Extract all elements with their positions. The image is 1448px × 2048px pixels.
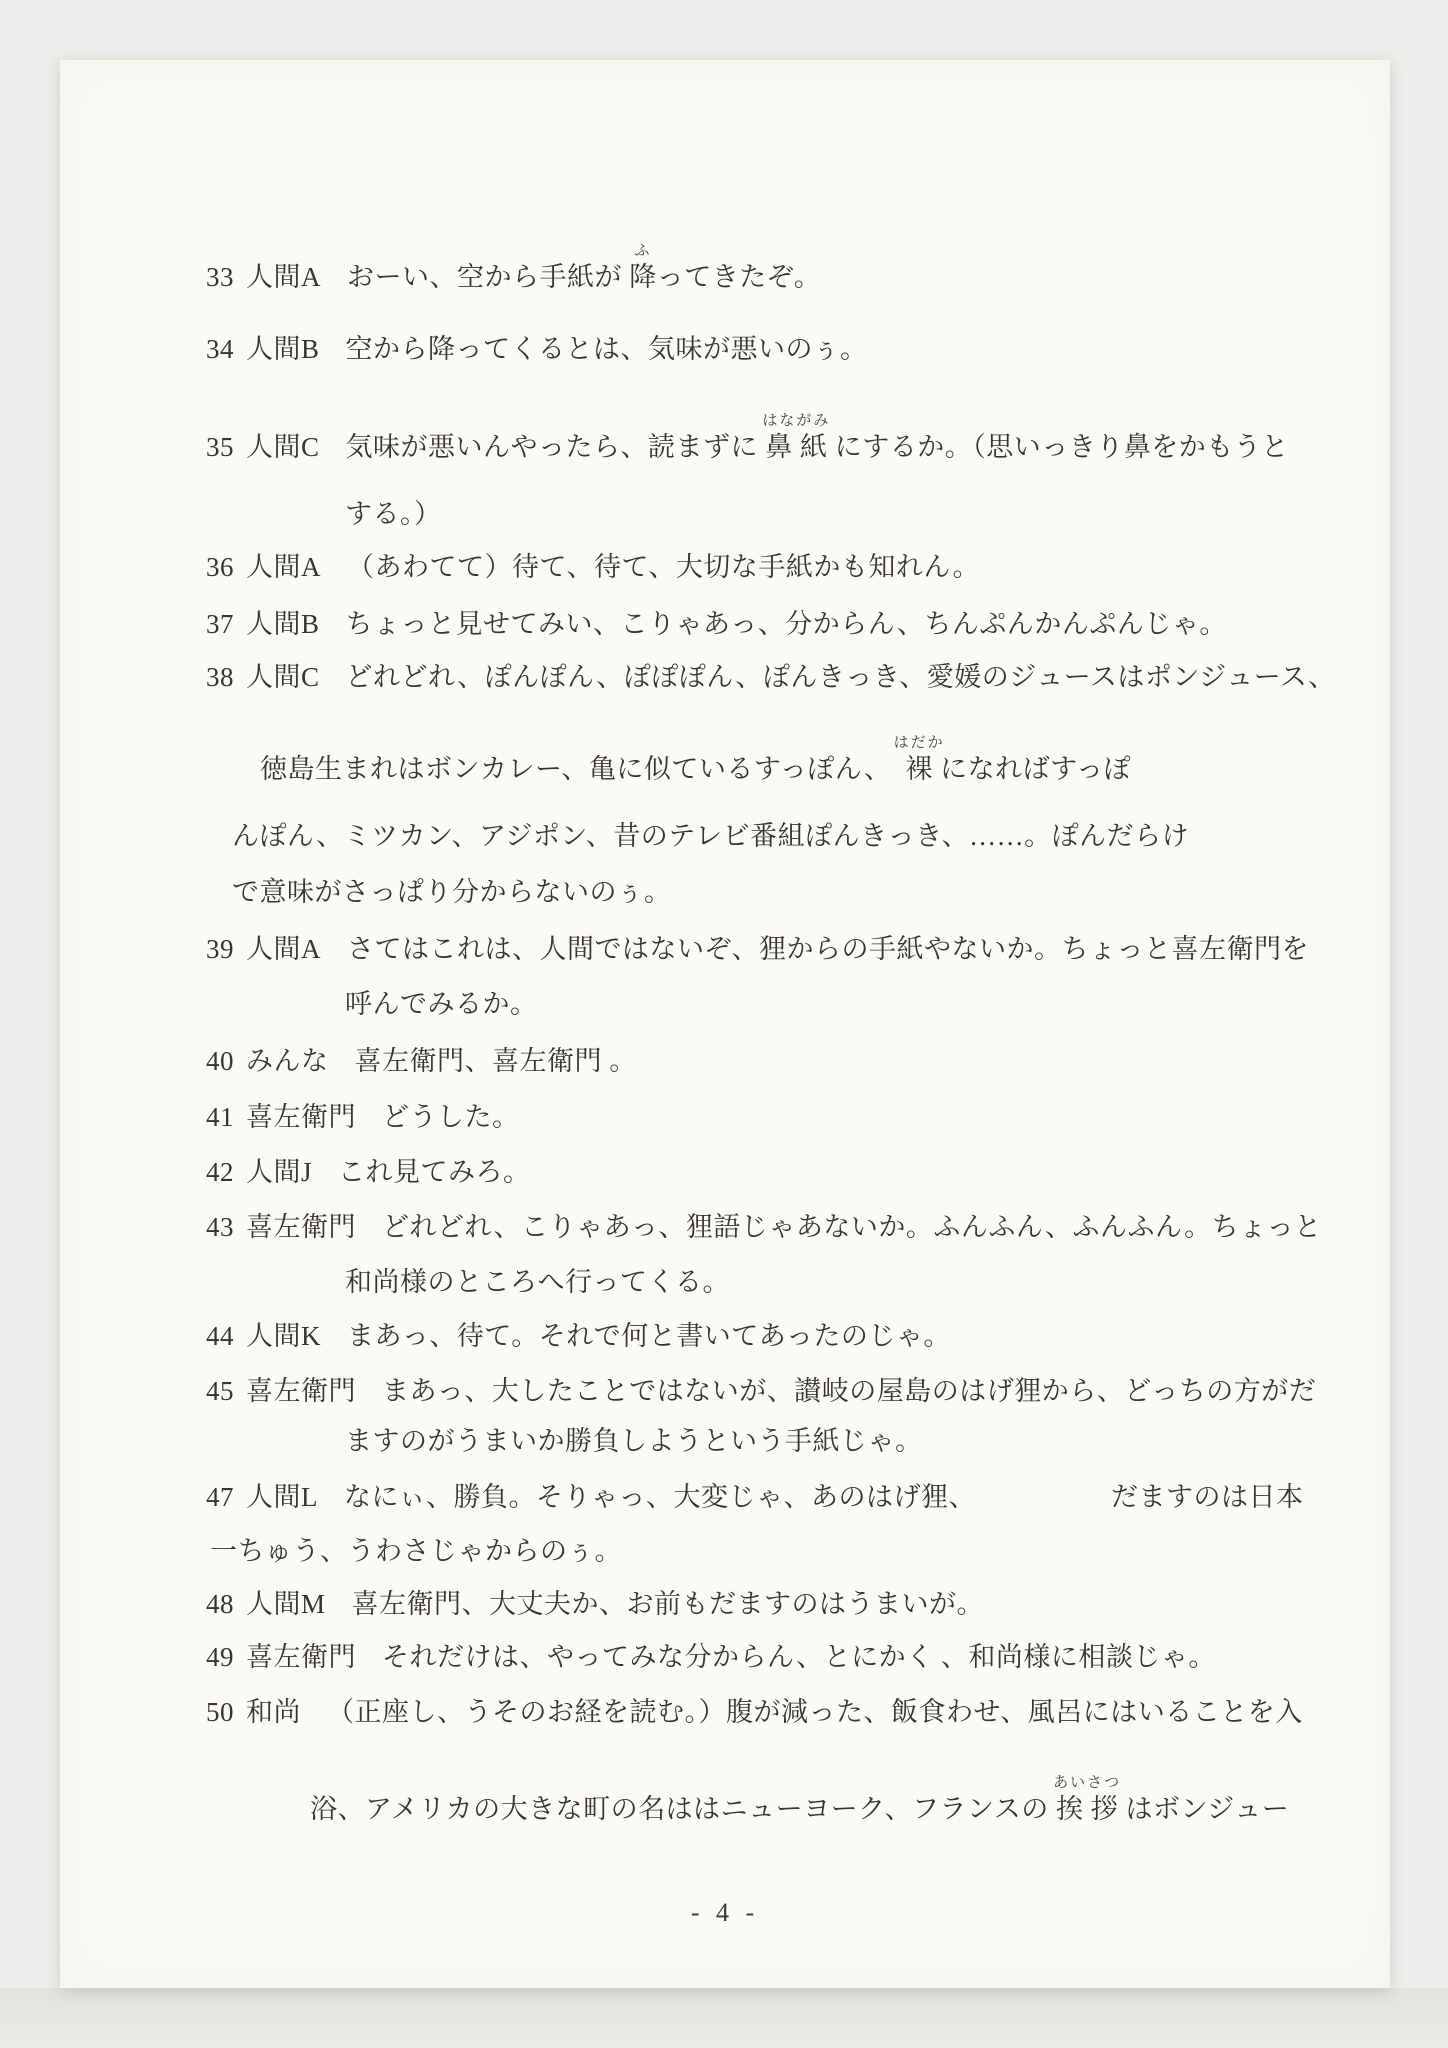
line-number: 37 (206, 610, 240, 638)
line-text: 和尚様のところへ行ってくる。 (345, 1267, 730, 1297)
text-segment: 降 (629, 262, 657, 292)
line-text: で意味がさっぱり分からないのぅ。 (232, 877, 671, 907)
script-line: 44人間Kまあっ、待て。それで何と書いてあったのじゃ。 (206, 1322, 1326, 1350)
script-line: 33人間Aおーい、空から手紙が ふ降ってきたぞ。 (206, 263, 1326, 291)
line-text: まあっ、待て。それで何と書いてあったのじゃ。 (347, 1321, 951, 1351)
text-segment: 和尚様のところへ行ってくる。 (345, 1267, 730, 1297)
script-line: 37人間Bちょっと見せてみい、こりゃあっ、分からん、ちんぷんかんぷんじゃ。 (206, 610, 1326, 638)
line-number: 47 (206, 1483, 240, 1511)
line-text: ちょっと見せてみい、こりゃあっ、分からん、ちんぷんかんぷんじゃ。 (346, 609, 1227, 639)
speaker-label: 人間C (246, 663, 320, 691)
text-segment: 空から降ってくるとは、気味が悪いのぅ。 (346, 334, 868, 364)
line-number: 48 (206, 1590, 240, 1618)
furigana-term: はだか裸 (905, 755, 933, 783)
furigana-term: あいさつ挨 拶 (1056, 1795, 1118, 1823)
text-segment: 気味が悪いんやったら、読まずに (346, 432, 766, 462)
script-line: 徳島生まれはボンカレー、亀に似ているすっぽん、 はだか裸 になればすっぽ (260, 755, 1326, 783)
speaker-label: 人間L (246, 1483, 318, 1511)
script-line: 呼んでみるか。 (345, 990, 1326, 1018)
line-text: 呼んでみるか。 (345, 989, 538, 1019)
text-segment: どれどれ、こりゃあっ、狸語じゃあないか。ふんふん、ふんふん。ちょっと (382, 1212, 1322, 1242)
line-text: 空から降ってくるとは、気味が悪いのぅ。 (346, 334, 868, 364)
text-segment: どうした。 (382, 1102, 520, 1132)
speaker-label: 人間C (246, 433, 320, 461)
text-segment: 徳島生まれはボンカレー、亀に似ているすっぽん、 (260, 754, 905, 784)
speaker-label: 人間A (246, 553, 321, 581)
speaker-label: みんな (246, 1047, 329, 1075)
text-segment: 一ちゅう、うわさじゃからのぅ。 (210, 1536, 622, 1566)
text-segment: 挨 拶 (1056, 1794, 1118, 1824)
script-line: 45喜左衛門まあっ、大したことではないが、讃岐の屋島のはげ狸から、どっちの方がだ (206, 1377, 1326, 1405)
text-segment: 裸 (905, 754, 933, 784)
line-text: 浴、アメリカの大きな町の名ははニューヨーク、フランスの あいさつ挨 拶 はボンジ… (310, 1794, 1289, 1824)
line-text: おーい、空から手紙が ふ降ってきたぞ。 (347, 262, 821, 292)
furigana-term: ふ降 (629, 263, 657, 291)
text-segment: だますのは日本 (1111, 1482, 1304, 1512)
text-segment: まあっ、大したことではないが、讃岐の屋島のはげ狸から、どっちの方がだ (382, 1376, 1316, 1406)
script-body: 33人間Aおーい、空から手紙が ふ降ってきたぞ。34人間B空から降ってくるとは、… (206, 263, 1326, 1823)
script-line: ますのがうまいか勝負しようという手紙じゃ。 (345, 1427, 1326, 1455)
line-text: どうした。 (382, 1102, 520, 1132)
script-line: 49喜左衛門それだけは、やってみな分からん、とにかく 、和尚様に相談じゃ。 (206, 1643, 1326, 1671)
script-line: 40みんな喜左衛門、喜左衛門 。 (206, 1047, 1326, 1075)
furigana-term: はながみ鼻 紙 (765, 433, 827, 461)
speaker-label: 和尚 (246, 1698, 301, 1726)
line-text: なにぃ、勝負。そりゃっ、大変じゃ、あのはげ狸、だますのは日本 (344, 1482, 1303, 1512)
scan-bottom-shadow (0, 1988, 1448, 2048)
script-line: 48人間M喜左衛門、大丈夫か、お前もだますのはうまいが。 (206, 1590, 1326, 1618)
line-text: これ見てみろ。 (338, 1157, 531, 1187)
script-line: 50和尚（正座し、うそのお経を読む。）腹が減った、飯食わせ、風呂にはいることを入 (206, 1698, 1326, 1726)
text-segment: んぽん、ミツカン、アジポン、昔のテレビ番組ぽんきっき、……。ぽんだらけ (232, 821, 1189, 851)
text-segment: ますのがうまいか勝負しようという手紙じゃ。 (345, 1426, 923, 1456)
line-text: さてはこれは、人間ではないぞ、狸からの手紙やないか。ちょっと喜左衛門を (347, 934, 1309, 964)
script-line: する。） (345, 500, 1326, 528)
line-number: 38 (206, 663, 240, 691)
scanned-page-background: 33人間Aおーい、空から手紙が ふ降ってきたぞ。34人間B空から降ってくるとは、… (0, 0, 1448, 2048)
text-segment: になればすっぽ (933, 754, 1131, 784)
speaker-label: 喜左衛門 (246, 1103, 356, 1131)
text-segment: （正座し、うそのお経を読む。）腹が減った、飯食わせ、風呂にはいることを入 (327, 1697, 1303, 1727)
line-text: 気味が悪いんやったら、読まずに はながみ鼻 紙 にするか。（思いっきり鼻をかもう… (346, 432, 1289, 462)
script-line: 36人間A（あわてて）待て、待て、大切な手紙かも知れん。 (206, 553, 1326, 581)
line-number: 34 (206, 335, 240, 363)
text-segment: 喜左衛門、喜左衛門 。 (355, 1046, 637, 1076)
line-number: 41 (206, 1103, 240, 1131)
line-number: 33 (206, 263, 240, 291)
speaker-label: 人間M (246, 1590, 326, 1618)
text-segment: する。） (345, 499, 442, 529)
line-number: 42 (206, 1158, 240, 1186)
text-segment: これ見てみろ。 (338, 1157, 531, 1187)
line-number: 39 (206, 935, 240, 963)
text-segment: まあっ、待て。それで何と書いてあったのじゃ。 (347, 1321, 951, 1351)
furigana-reading: ふ (634, 244, 651, 259)
line-text: 一ちゅう、うわさじゃからのぅ。 (210, 1536, 622, 1566)
line-number: 40 (206, 1047, 240, 1075)
line-text: 喜左衛門、大丈夫か、お前もだますのはうまいが。 (352, 1589, 985, 1619)
speaker-label: 人間B (246, 335, 320, 363)
line-text: どれどれ、ぽんぽん、ぽぽぽん、ぽんきっき、愛媛のジュースはポンジュース、 (346, 662, 1336, 692)
line-text: （正座し、うそのお経を読む。）腹が減った、飯食わせ、風呂にはいることを入 (327, 1697, 1303, 1727)
speaker-label: 喜左衛門 (246, 1643, 356, 1671)
script-line: 41喜左衛門どうした。 (206, 1103, 1326, 1131)
script-line: 38人間Cどれどれ、ぽんぽん、ぽぽぽん、ぽんきっき、愛媛のジュースはポンジュース… (206, 663, 1326, 691)
speaker-label: 人間A (246, 935, 321, 963)
line-text: それだけは、やってみな分からん、とにかく 、和尚様に相談じゃ。 (382, 1642, 1216, 1672)
script-line: 43喜左衛門どれどれ、こりゃあっ、狸語じゃあないか。ふんふん、ふんふん。ちょっと (206, 1213, 1326, 1241)
furigana-reading: はながみ (762, 414, 830, 429)
script-line: 浴、アメリカの大きな町の名ははニューヨーク、フランスの あいさつ挨 拶 はボンジ… (310, 1795, 1326, 1823)
line-number: 50 (206, 1698, 240, 1726)
text-segment: おーい、空から手紙が (347, 262, 629, 292)
text-segment: にするか。（思いっきり鼻をかもうと (828, 432, 1289, 462)
furigana-reading: あいさつ (1053, 1776, 1121, 1791)
text-segment: で意味がさっぱり分からないのぅ。 (232, 877, 671, 907)
text-segment: 呼んでみるか。 (345, 989, 538, 1019)
text-segment: ちょっと見せてみい、こりゃあっ、分からん、ちんぷんかんぷんじゃ。 (346, 609, 1227, 639)
line-number: 45 (206, 1377, 240, 1405)
furigana-reading: はだか (894, 736, 945, 751)
line-text: ますのがうまいか勝負しようという手紙じゃ。 (345, 1426, 923, 1456)
text-segment: どれどれ、ぽんぽん、ぽぽぽん、ぽんきっき、愛媛のジュースはポンジュース、 (346, 662, 1336, 692)
speaker-label: 人間K (246, 1322, 321, 1350)
line-text: んぽん、ミツカン、アジポン、昔のテレビ番組ぽんきっき、……。ぽんだらけ (232, 821, 1189, 851)
speaker-label: 人間B (246, 610, 320, 638)
text-segment: それだけは、やってみな分からん、とにかく 、和尚様に相談じゃ。 (382, 1642, 1216, 1672)
script-line: 和尚様のところへ行ってくる。 (345, 1268, 1326, 1296)
script-line: 一ちゅう、うわさじゃからのぅ。 (210, 1537, 1326, 1565)
script-line: 39人間Aさてはこれは、人間ではないぞ、狸からの手紙やないか。ちょっと喜左衛門を (206, 935, 1326, 963)
text-segment: （あわてて）待て、待て、大切な手紙かも知れん。 (347, 552, 980, 582)
page-sheet: 33人間Aおーい、空から手紙が ふ降ってきたぞ。34人間B空から降ってくるとは、… (60, 60, 1390, 1988)
text-segment: さてはこれは、人間ではないぞ、狸からの手紙やないか。ちょっと喜左衛門を (347, 934, 1309, 964)
line-number: 44 (206, 1322, 240, 1350)
line-text: 喜左衛門、喜左衛門 。 (355, 1046, 637, 1076)
script-line: 42人間Jこれ見てみろ。 (206, 1158, 1326, 1186)
text-segment: なにぃ、勝負。そりゃっ、大変じゃ、あのはげ狸、 (344, 1482, 976, 1512)
line-text: （あわてて）待て、待て、大切な手紙かも知れん。 (347, 552, 980, 582)
line-number: 49 (206, 1643, 240, 1671)
speaker-label: 喜左衛門 (246, 1213, 356, 1241)
script-line: 47人間Lなにぃ、勝負。そりゃっ、大変じゃ、あのはげ狸、だますのは日本 (206, 1483, 1326, 1511)
line-number: 35 (206, 433, 240, 461)
text-segment: 鼻 紙 (765, 432, 827, 462)
speaker-label: 人間J (246, 1158, 312, 1186)
text-segment: はボンジュー (1118, 1794, 1289, 1824)
line-text: どれどれ、こりゃあっ、狸語じゃあないか。ふんふん、ふんふん。ちょっと (382, 1212, 1322, 1242)
line-text: する。） (345, 499, 442, 529)
line-number: 36 (206, 553, 240, 581)
script-line: んぽん、ミツカン、アジポン、昔のテレビ番組ぽんきっき、……。ぽんだらけ (232, 822, 1326, 850)
script-line: 34人間B空から降ってくるとは、気味が悪いのぅ。 (206, 335, 1326, 363)
line-text: 徳島生まれはボンカレー、亀に似ているすっぽん、 はだか裸 になればすっぽ (260, 754, 1131, 784)
script-line: で意味がさっぱり分からないのぅ。 (232, 878, 1326, 906)
line-text: まあっ、大したことではないが、讃岐の屋島のはげ狸から、どっちの方がだ (382, 1376, 1316, 1406)
script-line: 35人間C気味が悪いんやったら、読まずに はながみ鼻 紙 にするか。（思いっきり… (206, 433, 1326, 461)
text-segment: 浴、アメリカの大きな町の名ははニューヨーク、フランスの (310, 1794, 1056, 1824)
text-segment: 喜左衛門、大丈夫か、お前もだますのはうまいが。 (352, 1589, 985, 1619)
speaker-label: 喜左衛門 (246, 1377, 356, 1405)
page-number: - 4 - (60, 1898, 1390, 1928)
text-segment: ってきたぞ。 (657, 262, 821, 292)
speaker-label: 人間A (246, 263, 321, 291)
line-number: 43 (206, 1213, 240, 1241)
